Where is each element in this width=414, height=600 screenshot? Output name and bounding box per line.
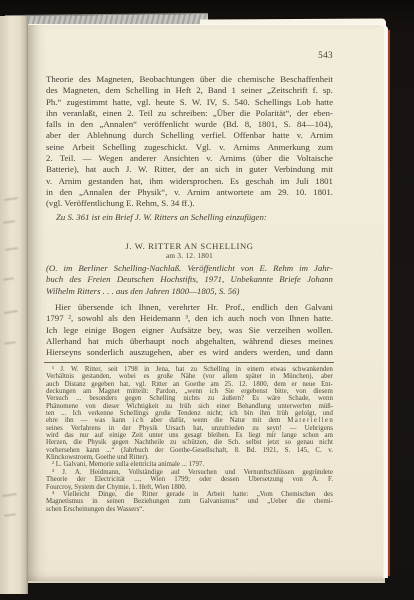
footnote-3: ³J.A.Heidmann,VollständigeaufVersuchenun…	[46, 469, 333, 491]
ghost-text-smudge	[5, 247, 18, 251]
cover-edge-line	[388, 30, 390, 576]
footnote-2: ² L. Galvani, Memorie sulla elettricita …	[46, 461, 333, 468]
editor-insert-note: Zu S. 361 ist ein Brief J. W. Ritters an…	[46, 212, 333, 223]
ghost-text-smudge	[4, 310, 18, 314]
book-photo: 543 TheoriedesMagneten,Beobachtungenüber…	[0, 0, 414, 600]
footnote-1: ¹J.W.Ritter,seit1798inJena,hatzuSchellin…	[46, 366, 333, 461]
footnote-rule	[44, 362, 334, 363]
ghost-text-smudge	[4, 341, 16, 345]
letter-heading: J. W. RITTER AN SCHELLING	[46, 241, 333, 251]
page-number: 543	[46, 51, 333, 61]
letter-body: HierübersendeichIhnen,verehrterHr.Prof.,…	[46, 302, 333, 358]
ghost-text-smudge	[4, 197, 18, 201]
facing-page-edge	[0, 16, 28, 594]
ghost-text-smudge	[3, 220, 15, 224]
source-note: (O.imBerlinerSchelling-Nachlaß.Veröffent…	[46, 263, 333, 297]
ghost-text-smudge	[4, 513, 16, 517]
ghost-text-smudge	[2, 493, 17, 497]
book-page: 543 TheoriedesMagneten,Beobachtungenüber…	[28, 24, 385, 583]
ghost-text-smudge	[3, 277, 14, 281]
letter-date: am 3. 12. 1801	[46, 252, 333, 260]
footnotes-block: ¹J.W.Ritter,seit1798inJena,hatzuSchellin…	[46, 366, 333, 513]
intro-paragraph: TheoriedesMagneten,Beobachtungenüberdiec…	[46, 74, 333, 210]
footnote-4: ⁴VielleichtDinge,dieRittergeradeinArbeit…	[46, 491, 333, 513]
